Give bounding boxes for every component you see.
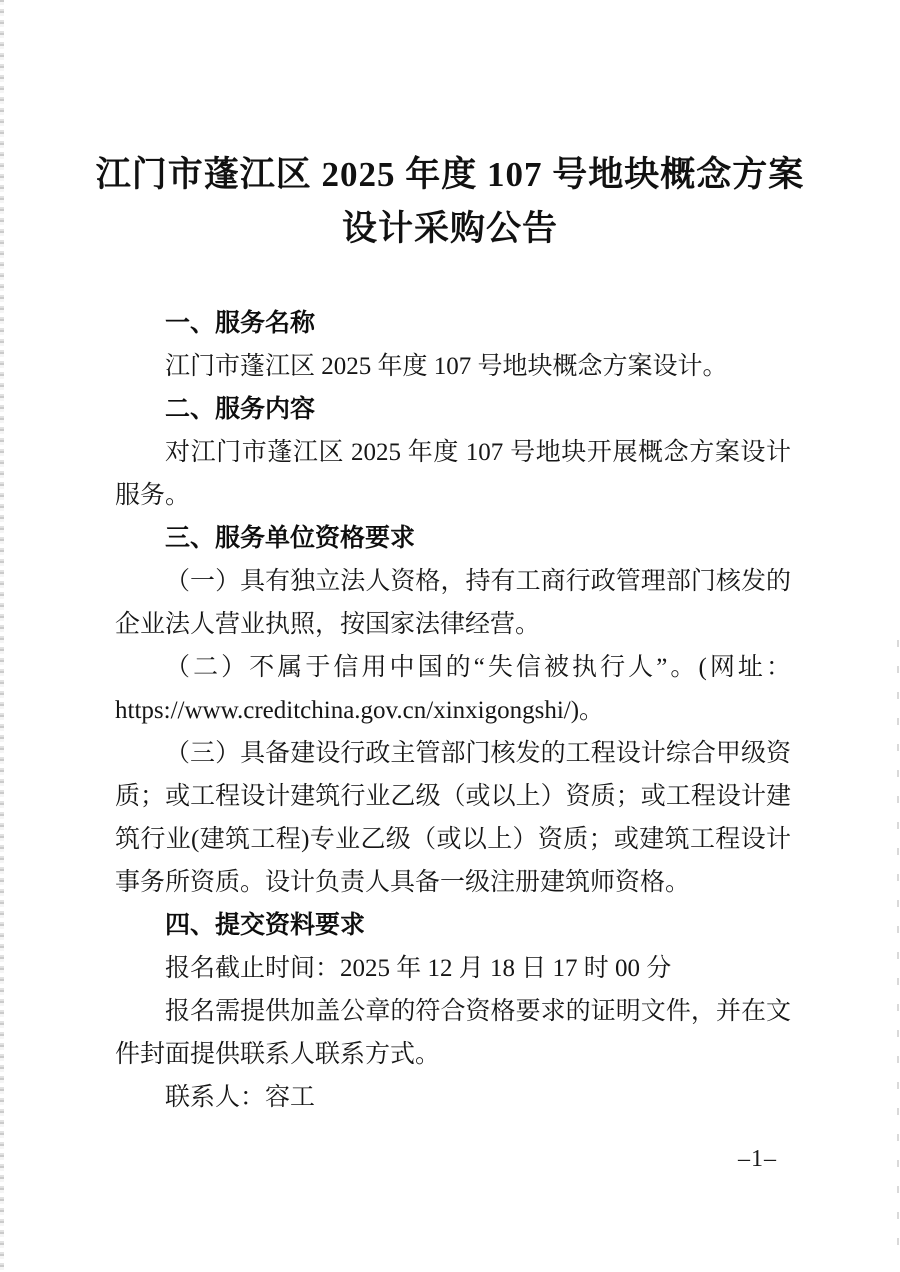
- scan-artifact-left-edge: [0, 0, 4, 1272]
- paragraph-service-content: 对江门市蓬江区 2025 年度 107 号地块开展概念方案设计服务。: [115, 431, 791, 517]
- document-title: 江门市蓬江区 2025 年度 107 号地块概念方案 设计采购公告: [90, 148, 810, 256]
- section-heading-service-content: 二、服务内容: [115, 388, 791, 431]
- document-page: 江门市蓬江区 2025 年度 107 号地块概念方案 设计采购公告 一、服务名称…: [0, 0, 900, 1272]
- paragraph-deadline: 报名截止时间：2025 年 12 月 18 日 17 时 00 分: [115, 947, 791, 990]
- document-title-line-2: 设计采购公告: [90, 202, 810, 256]
- paragraph-qualification-1: （一）具有独立法人资格，持有工商行政管理部门核发的企业法人营业执照，按国家法律经…: [115, 560, 791, 646]
- paragraph-submission-requirements: 报名需提供加盖公章的符合资格要求的证明文件，并在文件封面提供联系人联系方式。: [115, 990, 791, 1076]
- scan-artifact-right-edge: [897, 640, 899, 1260]
- paragraph-qualification-2: （二）不属于信用中国的“失信被执行人”。(网址：https://www.cred…: [115, 646, 791, 732]
- section-heading-service-name: 一、服务名称: [115, 302, 791, 345]
- paragraph-qualification-3: （三）具备建设行政主管部门核发的工程设计综合甲级资质；或工程设计建筑行业乙级（或…: [115, 732, 791, 904]
- page-number: –1–: [738, 1146, 777, 1173]
- section-heading-submission: 四、提交资料要求: [115, 904, 791, 947]
- section-heading-qualifications: 三、服务单位资格要求: [115, 517, 791, 560]
- paragraph-service-name: 江门市蓬江区 2025 年度 107 号地块概念方案设计。: [115, 345, 791, 388]
- paragraph-contact-person: 联系人：容工: [115, 1076, 791, 1119]
- document-title-line-1: 江门市蓬江区 2025 年度 107 号地块概念方案: [90, 148, 810, 202]
- document-body: 一、服务名称 江门市蓬江区 2025 年度 107 号地块概念方案设计。 二、服…: [115, 302, 791, 1119]
